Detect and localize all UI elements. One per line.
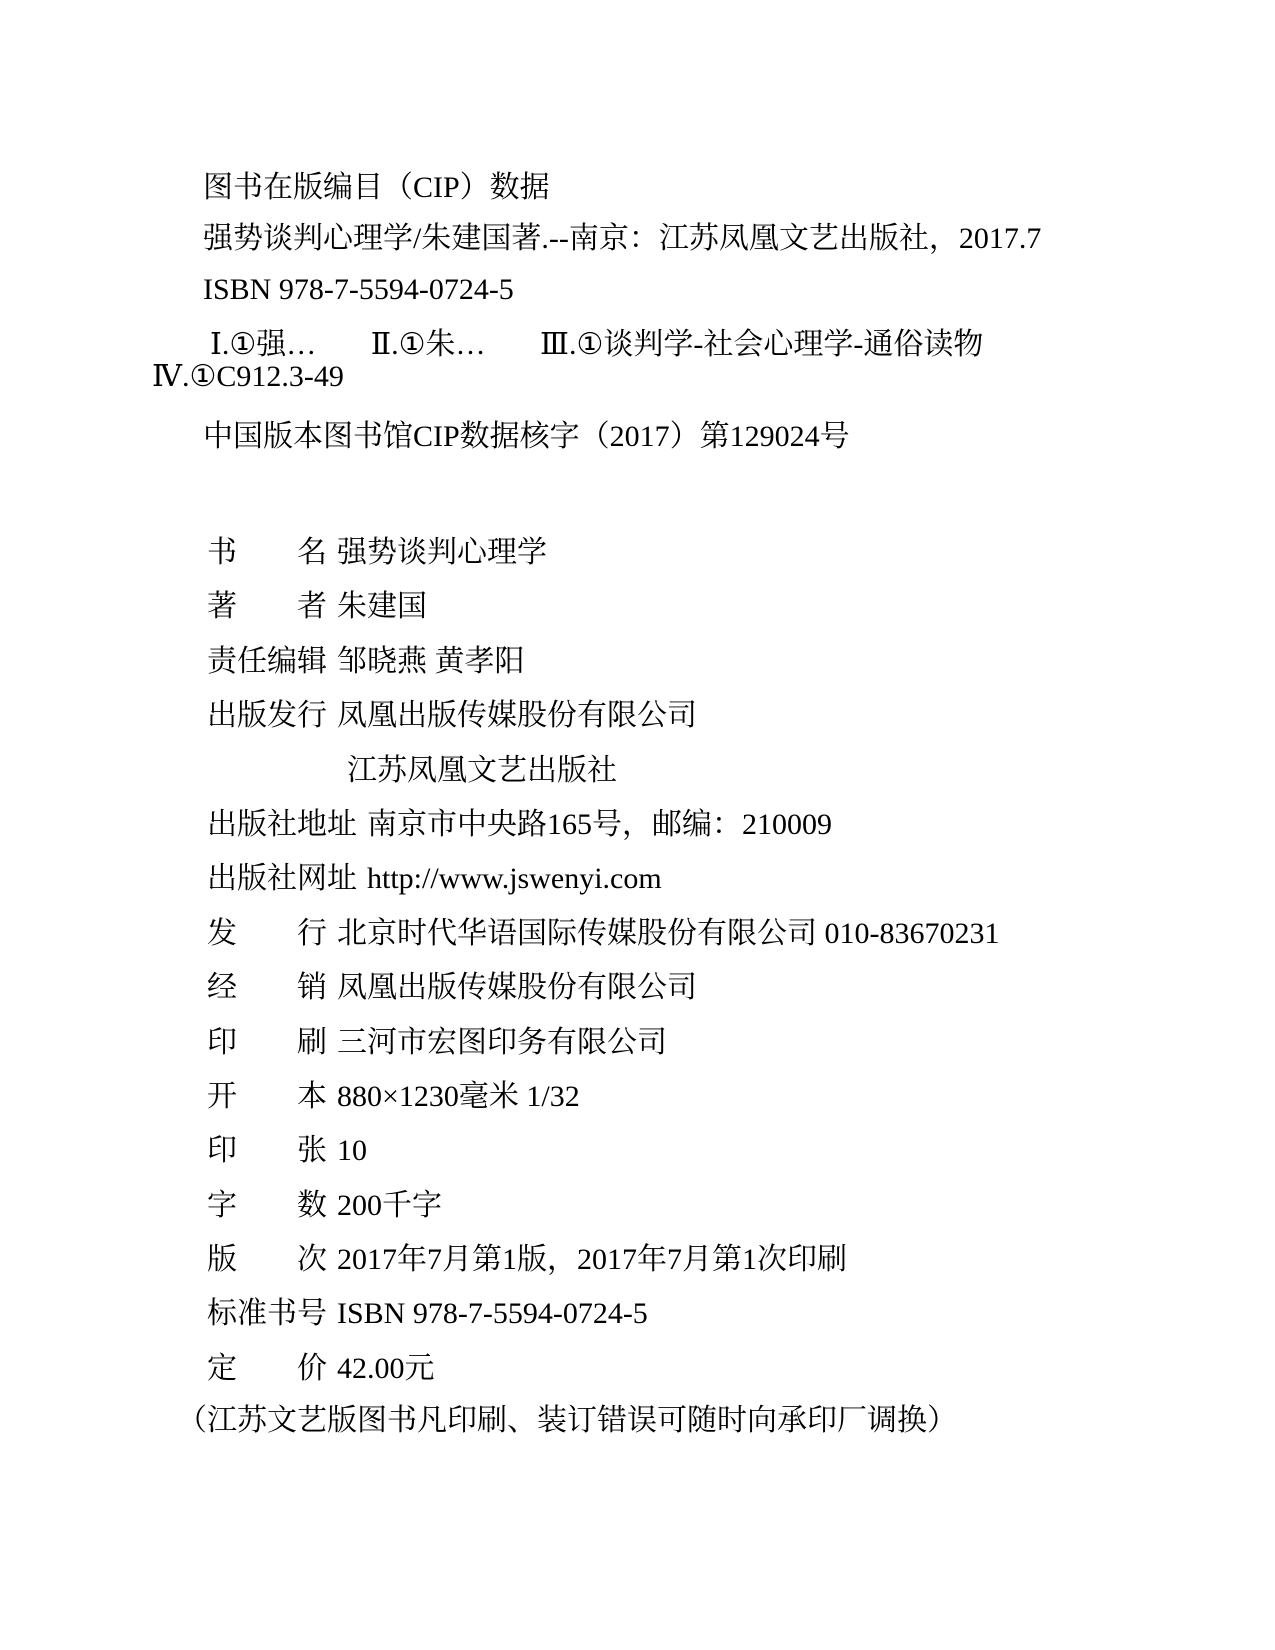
- row-value: 北京时代华语国际传媒股份有限公司 010-83670231: [337, 918, 1000, 950]
- colophon-row-book-title: 书名 强势谈判心理学: [207, 537, 1000, 569]
- row-label: [207, 755, 327, 787]
- row-label: 书名: [207, 537, 327, 569]
- colophon-row-edition: 版次 2017年7月第1版，2017年7月第1次印刷: [207, 1244, 1000, 1276]
- colophon-row-publisher: 出版发行 凤凰出版传媒股份有限公司: [207, 700, 1000, 732]
- row-label: 发行: [207, 918, 327, 950]
- row-value: 凤凰出版传媒股份有限公司: [337, 700, 697, 732]
- cip-class-item-1: Ⅰ.①强…: [210, 328, 316, 361]
- row-value: 邹晓燕 黄孝阳: [337, 646, 525, 678]
- colophon-row-standard-isbn: 标准书号 ISBN 978-7-5594-0724-5: [207, 1298, 1000, 1330]
- row-value: 42.00元: [337, 1353, 435, 1385]
- row-value: ISBN 978-7-5594-0724-5: [337, 1298, 648, 1330]
- row-value: 2017年7月第1版，2017年7月第1次印刷: [337, 1244, 847, 1276]
- row-value: 200千字: [337, 1190, 442, 1222]
- row-value: http://www.jswenyi.com: [367, 863, 662, 895]
- row-label: 印刷: [207, 1027, 327, 1059]
- cip-isbn: ISBN 978-7-5594-0724-5: [203, 274, 1215, 306]
- row-label: 标准书号: [207, 1298, 327, 1330]
- row-label: 定价: [207, 1353, 327, 1385]
- row-value: 880×1230毫米 1/32: [337, 1081, 580, 1113]
- row-label: 责任编辑: [207, 646, 327, 678]
- row-label: 出版社地址: [207, 809, 357, 841]
- colophon-row-publisher-website: 出版社网址 http://www.jswenyi.com: [207, 863, 1000, 895]
- row-label: 出版发行: [207, 700, 327, 732]
- cip-class-item-3: Ⅲ.①谈判学-社会心理学-通俗读物: [540, 328, 983, 361]
- row-value: 南京市中央路165号，邮编：210009: [367, 809, 832, 841]
- row-label: 著者: [207, 591, 327, 623]
- colophon-row-publisher-address: 出版社地址 南京市中央路165号，邮编：210009: [207, 809, 1000, 841]
- cip-class-item-4: Ⅳ.①C912.3-49: [152, 361, 1215, 393]
- row-label: 印张: [207, 1135, 327, 1167]
- row-value: 10: [337, 1135, 367, 1167]
- colophon-row-seller: 经销 凤凰出版传媒股份有限公司: [207, 972, 1000, 1004]
- colophon-row-distributor: 发行 北京时代华语国际传媒股份有限公司 010-83670231: [207, 918, 1000, 950]
- colophon-row-editor: 责任编辑 邹晓燕 黄孝阳: [207, 646, 1000, 678]
- row-value: 强势谈判心理学: [337, 537, 547, 569]
- row-label: 版次: [207, 1244, 327, 1276]
- row-label: 开本: [207, 1081, 327, 1113]
- cip-block: 图书在版编目（CIP）数据 强势谈判心理学/朱建国著.--南京：江苏凤凰文艺出版…: [203, 172, 1215, 453]
- cip-heading: 图书在版编目（CIP）数据: [203, 172, 1215, 204]
- row-label: 出版社网址: [207, 863, 357, 895]
- cip-registry: 中国版本图书馆CIP数据核字（2017）第129024号: [203, 421, 1215, 453]
- row-label: 经销: [207, 972, 327, 1004]
- row-label: 字数: [207, 1190, 327, 1222]
- row-value: 凤凰出版传媒股份有限公司: [337, 972, 697, 1004]
- colophon-row-word-count: 字数 200千字: [207, 1190, 1000, 1222]
- cip-description: 强势谈判心理学/朱建国著.--南京：江苏凤凰文艺出版社，2017.7: [203, 223, 1215, 255]
- colophon-table: 书名 强势谈判心理学 著者 朱建国 责任编辑 邹晓燕 黄孝阳 出版发行 凤凰出版…: [207, 537, 1000, 1407]
- colophon-row-author: 著者 朱建国: [207, 591, 1000, 623]
- colophon-row-format: 开本 880×1230毫米 1/32: [207, 1081, 1000, 1113]
- cip-classification-line: Ⅰ.①强… Ⅱ.①朱… Ⅲ.①谈判学-社会心理学-通俗读物: [210, 329, 1215, 361]
- cip-class-item-2: Ⅱ.①朱…: [371, 328, 486, 361]
- copyright-page: 图书在版编目（CIP）数据 强势谈判心理学/朱建国著.--南京：江苏凤凰文艺出版…: [0, 0, 1275, 1650]
- colophon-row-printer: 印刷 三河市宏图印务有限公司: [207, 1027, 1000, 1059]
- reprint-notice: （江苏文艺版图书凡印刷、装订错误可随时向承印厂调换）: [177, 1405, 957, 1437]
- row-value: 三河市宏图印务有限公司: [337, 1027, 667, 1059]
- colophon-row-publisher-imprint: 江苏凤凰文艺出版社: [207, 755, 1000, 787]
- row-value: 江苏凤凰文艺出版社: [347, 755, 617, 787]
- row-value: 朱建国: [337, 591, 427, 623]
- colophon-row-sheets: 印张 10: [207, 1135, 1000, 1167]
- colophon-row-price: 定价 42.00元: [207, 1353, 1000, 1385]
